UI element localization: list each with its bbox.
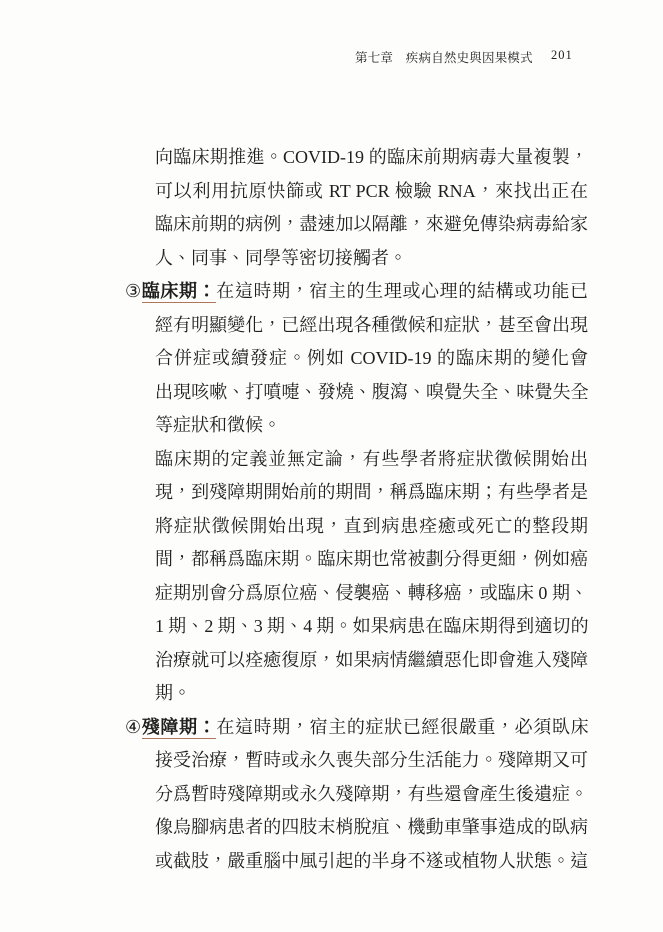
text-line: 治療就可以痊癒復原，如果病情繼續惡化即會進入殘障 <box>155 644 588 678</box>
text-line: 間，都稱爲臨床期。臨床期也常被劃分得更細，例如癌 <box>155 543 588 577</box>
text-line: 接受治療，暫時或永久喪失部分生活能力。殘障期又可 <box>155 744 588 778</box>
text-line: 臨床期的定義並無定論，有些學者將症狀徵候開始出 <box>155 443 588 477</box>
item-marker-4: ④ <box>125 717 142 737</box>
item-term-clinical-stage: 臨床期： <box>142 281 216 303</box>
text-line: 人、同事、同學等密切接觸者。 <box>155 242 588 276</box>
text-line: 合併症或續發症。例如 COVID-19 的臨床期的變化會 <box>155 342 588 376</box>
text-line: 或截肢，嚴重腦中風引起的半身不遂或植物人狀態。這 <box>155 845 588 879</box>
list-item-3: ③臨床期：在這時期，宿主的生理或心理的結構或功能已 <box>125 275 588 309</box>
text-line: 臨床前期的病例，盡速加以隔離，來避免傳染病毒給家 <box>155 208 588 242</box>
text-line: 出現咳嗽、打噴嚏、發燒、腹瀉、嗅覺失全、味覺失全 <box>155 376 588 410</box>
item-marker-3: ③ <box>125 281 142 301</box>
item-text: 在這時期，宿主的症狀已經很嚴重，必須臥床 <box>216 717 588 737</box>
text-line: 現，到殘障期開始前的期間，稱爲臨床期；有些學者是 <box>155 476 588 510</box>
text-line: 經有明顯變化，已經出現各種徵候和症狀，甚至會出現 <box>155 309 588 343</box>
book-page: 第七章 疾病自然史與因果模式 201 向臨床期推進。COVID-19 的臨床前期… <box>0 0 663 932</box>
chapter-title: 第七章 疾病自然史與因果模式 <box>355 48 533 66</box>
body-text: 向臨床期推進。COVID-19 的臨床前期病毒大量複製， 可以利用抗原快篩或 R… <box>155 141 588 878</box>
text-line: 症期別會分爲原位癌、侵襲癌、轉移癌，或臨床 0 期、 <box>155 577 588 611</box>
page-number: 201 <box>551 48 573 63</box>
text-line: 像烏腳病患者的四肢末梢脫疽、機動車肇事造成的臥病 <box>155 811 588 845</box>
text-line: 可以利用抗原快篩或 RT PCR 檢驗 RNA，來找出正在 <box>155 175 588 209</box>
item-term-disability-stage: 殘障期： <box>142 717 217 739</box>
text-line: 期。 <box>155 677 588 711</box>
text-line: 1 期、2 期、3 期、4 期。如果病患在臨床期得到適切的 <box>155 610 588 644</box>
text-line: 分爲暫時殘障期或永久殘障期，有些還會產生後遺症。 <box>155 778 588 812</box>
text-line: 向臨床期推進。COVID-19 的臨床前期病毒大量複製， <box>155 141 588 175</box>
text-line: 等症狀和徵候。 <box>155 409 588 443</box>
item-text: 在這時期，宿主的生理或心理的結構或功能已 <box>216 281 588 301</box>
running-head: 第七章 疾病自然史與因果模式 201 <box>0 48 663 66</box>
text-line: 將症狀徵候開始出現，直到病患痊癒或死亡的整段期 <box>155 510 588 544</box>
list-item-4: ④殘障期：在這時期，宿主的症狀已經很嚴重，必須臥床 <box>125 711 588 745</box>
